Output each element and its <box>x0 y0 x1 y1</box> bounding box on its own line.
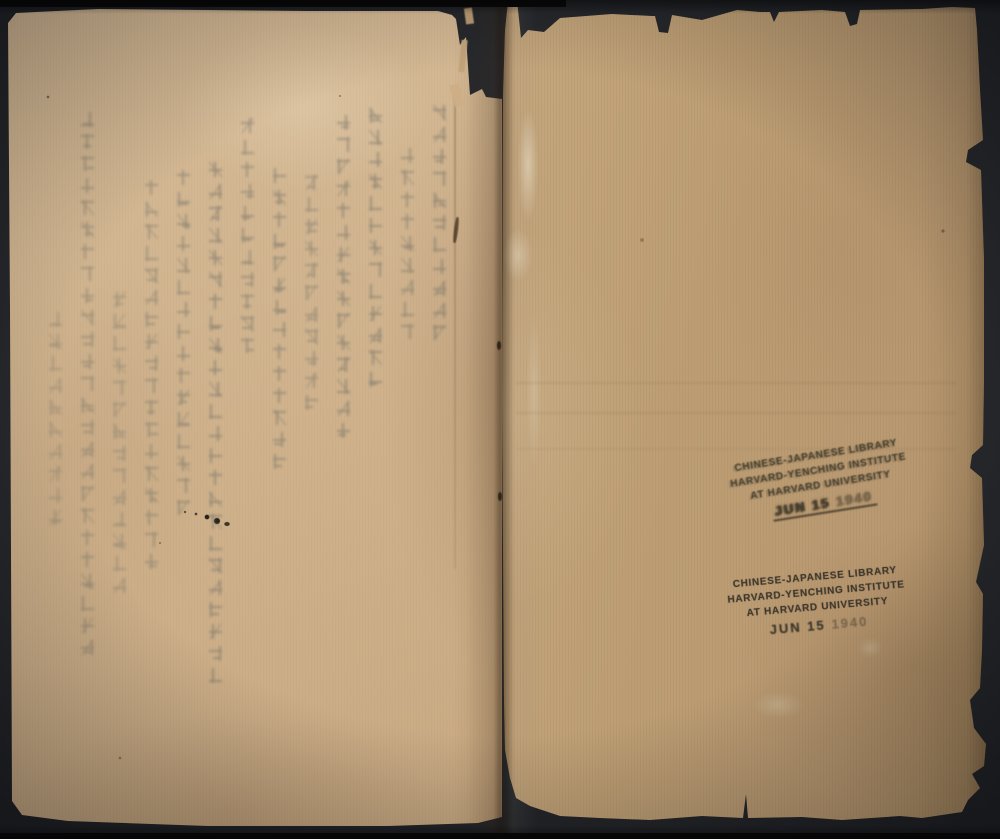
ghost-text-column <box>79 112 94 655</box>
ghost-character <box>273 234 286 249</box>
ghost-character <box>81 398 94 413</box>
ghost-character <box>337 269 350 284</box>
ghost-character <box>177 324 190 339</box>
ghost-character <box>305 373 318 388</box>
ghost-character <box>81 112 94 127</box>
ghost-character <box>273 300 286 315</box>
ghost-character <box>305 241 318 256</box>
ghost-character <box>113 490 126 505</box>
ghost-character <box>177 280 190 295</box>
ghost-character <box>145 246 158 261</box>
ghost-character <box>305 329 318 344</box>
ghost-character <box>273 344 286 359</box>
ghost-character <box>209 382 222 397</box>
scanner-bed-bottom-edge <box>0 833 1000 839</box>
ghost-character <box>81 288 94 303</box>
ghost-character <box>337 225 350 240</box>
ghost-character <box>145 466 158 481</box>
ghost-character <box>113 292 126 307</box>
ghost-character <box>177 346 190 361</box>
ghost-character <box>177 170 190 185</box>
ghost-character <box>241 162 254 177</box>
ghost-character <box>209 668 222 683</box>
ghost-character <box>145 290 158 305</box>
ghost-character <box>113 578 126 593</box>
ghost-character <box>81 310 94 325</box>
ghost-character <box>209 536 222 551</box>
ghost-character <box>433 325 446 340</box>
ghost-character <box>241 184 254 199</box>
ghost-character <box>209 162 222 177</box>
ghost-character <box>433 303 446 318</box>
ghost-character <box>81 508 94 523</box>
ghost-character <box>49 488 62 503</box>
ghost-character <box>81 618 94 633</box>
ghost-text-column <box>431 105 446 340</box>
ghost-character <box>145 400 158 415</box>
ghost-text-column <box>143 180 158 569</box>
ghost-character <box>305 197 318 212</box>
ghost-character <box>209 294 222 309</box>
ghost-character <box>209 448 222 463</box>
ghost-character <box>113 380 126 395</box>
ghost-character <box>177 412 190 427</box>
ghost-character <box>337 357 350 372</box>
ghost-character <box>209 272 222 287</box>
ghost-character <box>209 184 222 199</box>
ghost-character <box>273 168 286 183</box>
ghost-character <box>49 400 62 415</box>
ghost-character <box>81 332 94 347</box>
ghost-character <box>113 556 126 571</box>
ghost-character <box>209 426 222 441</box>
ghost-character <box>177 236 190 251</box>
ghost-character <box>369 240 382 255</box>
ghost-character <box>177 478 190 493</box>
ghost-character <box>145 532 158 547</box>
ghost-character <box>49 312 62 327</box>
ghost-text-column <box>175 170 190 515</box>
ghost-character <box>145 224 158 239</box>
gutter-shading-left <box>452 9 502 828</box>
ghost-character <box>177 258 190 273</box>
ghost-character <box>401 258 414 273</box>
ghost-character <box>369 262 382 277</box>
ghost-character <box>81 244 94 259</box>
ghost-character <box>273 212 286 227</box>
ghost-character <box>145 510 158 525</box>
ghost-character <box>145 268 158 283</box>
ghost-character <box>337 203 350 218</box>
ghost-character <box>369 284 382 299</box>
ghost-character <box>433 105 446 120</box>
ghost-character <box>113 424 126 439</box>
ghost-character <box>369 372 382 387</box>
ghost-character <box>177 434 190 449</box>
ghost-character <box>145 444 158 459</box>
ghost-character <box>177 368 190 383</box>
ghost-character <box>433 171 446 186</box>
scanner-bed-top-edge <box>0 0 566 7</box>
ghost-character <box>305 285 318 300</box>
ghost-text-column <box>111 292 126 593</box>
ghost-character <box>81 464 94 479</box>
ghost-character <box>337 247 350 262</box>
ghost-character <box>273 366 286 381</box>
ghost-text-column <box>335 115 350 438</box>
ghost-character <box>113 512 126 527</box>
right-page <box>502 0 988 832</box>
ghost-character <box>81 134 94 149</box>
ghost-text-column <box>239 118 254 353</box>
ghost-text-column <box>47 312 62 525</box>
ghost-character <box>369 152 382 167</box>
ghost-character <box>81 530 94 545</box>
ghost-text-column <box>367 108 382 387</box>
stitch-hole <box>497 341 501 350</box>
ghost-character <box>81 266 94 281</box>
ghost-character <box>273 256 286 271</box>
ghost-character <box>145 356 158 371</box>
ghost-character <box>401 170 414 185</box>
ghost-text-column <box>271 168 286 469</box>
ghost-character <box>209 228 222 243</box>
ghost-character <box>433 193 446 208</box>
stitch-hole <box>498 492 502 501</box>
ghost-character <box>209 646 222 661</box>
ghost-character <box>337 291 350 306</box>
ghost-character <box>209 514 222 529</box>
ghost-character <box>337 159 350 174</box>
ghost-character <box>305 175 318 190</box>
ghost-character <box>337 181 350 196</box>
ghost-character <box>177 500 190 515</box>
ghost-character <box>369 130 382 145</box>
ghost-character <box>49 444 62 459</box>
ghost-character <box>145 554 158 569</box>
ghost-character <box>177 214 190 229</box>
ghost-character <box>273 278 286 293</box>
ghost-character <box>81 200 94 215</box>
ghost-character <box>369 306 382 321</box>
ghost-character <box>81 376 94 391</box>
torn-paper-fragment <box>464 8 474 25</box>
ghost-character <box>369 218 382 233</box>
ghost-character <box>401 192 414 207</box>
ghost-character <box>369 108 382 123</box>
ghost-character <box>209 316 222 331</box>
ghost-character <box>241 140 254 155</box>
ghost-character <box>81 640 94 655</box>
ghost-character <box>241 294 254 309</box>
ghost-character <box>433 127 446 142</box>
ghost-character <box>209 624 222 639</box>
ghost-character <box>209 206 222 221</box>
ghost-character <box>337 313 350 328</box>
ghost-character <box>209 492 222 507</box>
ghost-character <box>433 215 446 230</box>
ghost-character <box>49 422 62 437</box>
ghost-character <box>401 214 414 229</box>
ghost-character <box>81 486 94 501</box>
ghost-character <box>401 324 414 339</box>
ghost-character <box>145 180 158 195</box>
ghost-character <box>113 468 126 483</box>
ghost-character <box>241 228 254 243</box>
ghost-character <box>305 307 318 322</box>
ghost-character <box>209 580 222 595</box>
ghost-character <box>401 302 414 317</box>
ghost-character <box>401 280 414 295</box>
ghost-character <box>177 302 190 317</box>
ghost-character <box>433 149 446 164</box>
ghost-character <box>209 250 222 265</box>
ghost-character <box>209 404 222 419</box>
ghost-text-column <box>303 175 318 410</box>
ghost-character <box>369 350 382 365</box>
ghost-character <box>273 432 286 447</box>
book-scan: CHINESE-JAPANESE LIBRARY HARVARD-YENCHIN… <box>0 0 1000 839</box>
ghost-character <box>369 196 382 211</box>
ghost-character <box>49 356 62 371</box>
ghost-character <box>305 351 318 366</box>
ghost-character <box>81 420 94 435</box>
left-page <box>8 9 502 828</box>
ghost-character <box>49 466 62 481</box>
ghost-character <box>81 156 94 171</box>
ghost-character <box>49 378 62 393</box>
ghost-character <box>241 250 254 265</box>
ghost-character <box>145 488 158 503</box>
ghost-character <box>209 558 222 573</box>
ghost-character <box>337 115 350 130</box>
ghost-character <box>49 510 62 525</box>
ghost-character <box>145 378 158 393</box>
ghost-character <box>145 202 158 217</box>
ghost-character <box>369 328 382 343</box>
ghost-character <box>401 236 414 251</box>
ghost-character <box>81 178 94 193</box>
ghost-character <box>273 388 286 403</box>
ghost-character <box>81 354 94 369</box>
ghost-character <box>81 596 94 611</box>
ghost-character <box>145 334 158 349</box>
ghost-character <box>305 263 318 278</box>
ghost-character <box>241 272 254 287</box>
ghost-character <box>177 456 190 471</box>
ghost-character <box>337 137 350 152</box>
ghost-text-column <box>207 162 222 683</box>
ghost-character <box>145 422 158 437</box>
ghost-character <box>113 358 126 373</box>
ghost-character <box>81 574 94 589</box>
ghost-character <box>241 118 254 133</box>
ghost-character <box>337 401 350 416</box>
ghost-character <box>209 338 222 353</box>
ghost-character <box>241 206 254 221</box>
paper-fiber-band <box>516 412 956 414</box>
ghost-character <box>433 259 446 274</box>
ghost-character <box>209 470 222 485</box>
ghost-character <box>49 334 62 349</box>
ghost-character <box>113 314 126 329</box>
ghost-character <box>433 281 446 296</box>
ghost-character <box>401 148 414 163</box>
ghost-character <box>305 395 318 410</box>
ghost-character <box>369 174 382 189</box>
paper-fiber-band <box>516 382 956 384</box>
ghost-text-column <box>399 148 414 339</box>
ghost-character <box>177 390 190 405</box>
ghost-character <box>113 534 126 549</box>
ghost-character <box>337 335 350 350</box>
ghost-character <box>81 552 94 567</box>
ghost-character <box>113 446 126 461</box>
ghost-character <box>241 338 254 353</box>
ghost-character <box>113 402 126 417</box>
ghost-character <box>145 312 158 327</box>
ghost-character <box>433 237 446 252</box>
ghost-character <box>81 222 94 237</box>
ghost-character <box>273 454 286 469</box>
ghost-character <box>209 360 222 375</box>
ghost-character <box>337 423 350 438</box>
ghost-character <box>273 190 286 205</box>
ghost-character <box>305 219 318 234</box>
ghost-character <box>81 442 94 457</box>
ghost-character <box>273 410 286 425</box>
ghost-character <box>241 316 254 331</box>
ghost-character <box>177 192 190 207</box>
ghost-character <box>209 602 222 617</box>
ghost-character <box>113 336 126 351</box>
ghost-character <box>273 322 286 337</box>
ghost-character <box>337 379 350 394</box>
